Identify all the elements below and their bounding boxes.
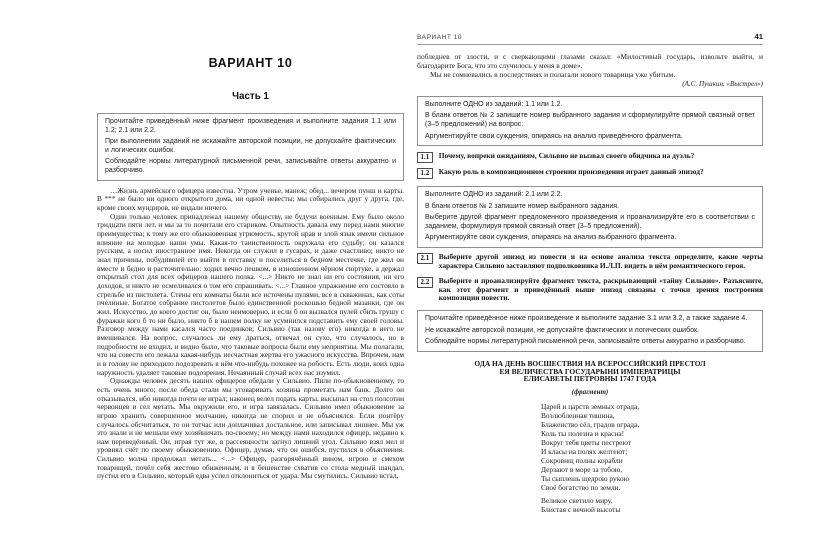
task-text: Какую роль в композиционном строении про… xyxy=(439,168,704,177)
page-header: ВАРИАНТ 10 41 xyxy=(417,0,763,45)
task-instruction-box-2: Выполните ОДНО из заданий: 2.1 или 2.2. … xyxy=(417,186,763,247)
task-item-1-2: 1.2 Какую роль в композиционном строении… xyxy=(417,168,763,179)
instruction-line: Не искажайте авторской позиции, не допус… xyxy=(425,327,755,336)
task-number-badge: 1.2 xyxy=(417,168,433,179)
instruction-line: Аргументируйте свои суждения, опираясь н… xyxy=(425,133,755,142)
ode-subtitle: (фрагмент) xyxy=(417,388,763,396)
book-spread: ВАРИАНТ 10 Часть 1 Прочитайте приведённы… xyxy=(0,0,820,553)
instruction-line: Соблюдайте нормы литературной письменной… xyxy=(425,338,755,347)
poem-line: Вокруг тебя цветы пестреют xyxy=(541,438,763,447)
ode-title: ОДА НА ДЕНЬ ВОСШЕСТВИЯ НА ВСЕРОССИЙСКИЙ … xyxy=(417,360,763,383)
instruction-line: Выполните ОДНО из заданий: 2.1 или 2.2. xyxy=(425,191,755,200)
task-item-2-1: 2.1 Выберите другой эпизод из повести и … xyxy=(417,253,763,271)
passage-paragraph: Мы не сомневались в последствиях и полаг… xyxy=(417,71,763,80)
poem-line: Царей и царств земных отрада, xyxy=(541,402,763,411)
task-instruction-box-3: Прочитайте приведённое ниже произведение… xyxy=(417,310,763,351)
poem-line: Возлюбленная тишина, xyxy=(541,411,763,420)
task-number-badge: 2.1 xyxy=(417,253,433,264)
instruction-line: В бланк ответов № 2 запишите номер выбра… xyxy=(425,203,755,212)
author-attribution: (А.С. Пушкин. «Выстрел») xyxy=(417,80,763,89)
poem-line: Великое светило миру, xyxy=(541,496,763,505)
variant-title: ВАРИАНТ 10 xyxy=(97,56,404,70)
prose-passage: …Жизнь армейского офицера известна. Утро… xyxy=(97,187,404,481)
instruction-line: При выполнении заданий не искажайте авто… xyxy=(105,138,396,156)
task-text: Почему, вопреки ожиданиям, Сильвио не вы… xyxy=(439,152,695,161)
poem: Царей и царств земных отрада, Возлюбленн… xyxy=(541,402,763,514)
poem-line: Дерзают в море за тобою, xyxy=(541,465,763,474)
left-page: ВАРИАНТ 10 Часть 1 Прочитайте приведённы… xyxy=(97,0,404,481)
poem-stanza: Великое светило миру, Блистая с вечной в… xyxy=(541,496,763,514)
instruction-line: В бланк ответов № 2 запишите номер выбра… xyxy=(425,112,755,130)
task-item-1-1: 1.1 Почему, вопреки ожиданиям, Сильвио н… xyxy=(417,152,763,163)
instruction-line: Прочитайте приведённый ниже фрагмент про… xyxy=(105,118,396,136)
ode-title-line: ЕЛИСАВЕТЫ ПЕТРОВНЫ 1747 ГОДА xyxy=(417,375,763,383)
task-number-badge: 2.2 xyxy=(417,277,433,288)
right-page: ВАРИАНТ 10 41 побледнев от злости, и с с… xyxy=(417,0,763,518)
poem-line: Блистая с вечной высоты xyxy=(541,505,763,514)
task-instruction-box-1: Выполните ОДНО из заданий: 1.1 или 1.2. … xyxy=(417,96,763,146)
poem-line: Блаженство сёл, градов ограда, xyxy=(541,420,763,429)
passage-paragraph: Однажды человек десять наших офицеров об… xyxy=(97,377,404,481)
poem-stanza: Царей и царств земных отрада, Возлюбленн… xyxy=(541,402,763,492)
instruction-line: Прочитайте приведённое ниже произведение… xyxy=(425,315,755,324)
poem-line: Своё богатство по земли. xyxy=(541,483,763,492)
page-number: 41 xyxy=(755,32,763,41)
poem-line: И класы на полях желтеют; xyxy=(541,447,763,456)
task-text: Выберите и проанализируйте фрагмент текс… xyxy=(439,277,763,304)
passage-paragraph: побледнев от злости, и с сверкающими гла… xyxy=(417,53,763,71)
instruction-line: Соблюдайте нормы литературной письменной… xyxy=(105,158,396,176)
part-heading: Часть 1 xyxy=(97,91,404,102)
poem-line: Коль ты полезна и красна! xyxy=(541,429,763,438)
instruction-line: Аргументируйте свои суждения, опираясь н… xyxy=(425,234,755,243)
instruction-line: Выполните ОДНО из заданий: 1.1 или 1.2. xyxy=(425,101,755,110)
passage-paragraph: Один только человек принадлежал нашему о… xyxy=(97,213,404,377)
passage-paragraph: …Жизнь армейского офицера известна. Утро… xyxy=(97,187,404,213)
task-number-badge: 1.1 xyxy=(417,152,433,163)
instruction-box: Прочитайте приведённый ниже фрагмент про… xyxy=(97,113,404,181)
poem-line: Ты сыплешь щедрою рукою xyxy=(541,474,763,483)
task-text: Выберите другой эпизод из повести и на о… xyxy=(439,253,763,271)
poem-line: Сокровищ полны корабли xyxy=(541,456,763,465)
instruction-line: Выберите другой фрагмент предложенного п… xyxy=(425,214,755,232)
running-head: ВАРИАНТ 10 xyxy=(417,34,462,41)
passage-continuation: побледнев от злости, и с сверкающими гла… xyxy=(417,53,763,89)
task-item-2-2: 2.2 Выберите и проанализируйте фрагмент … xyxy=(417,277,763,304)
